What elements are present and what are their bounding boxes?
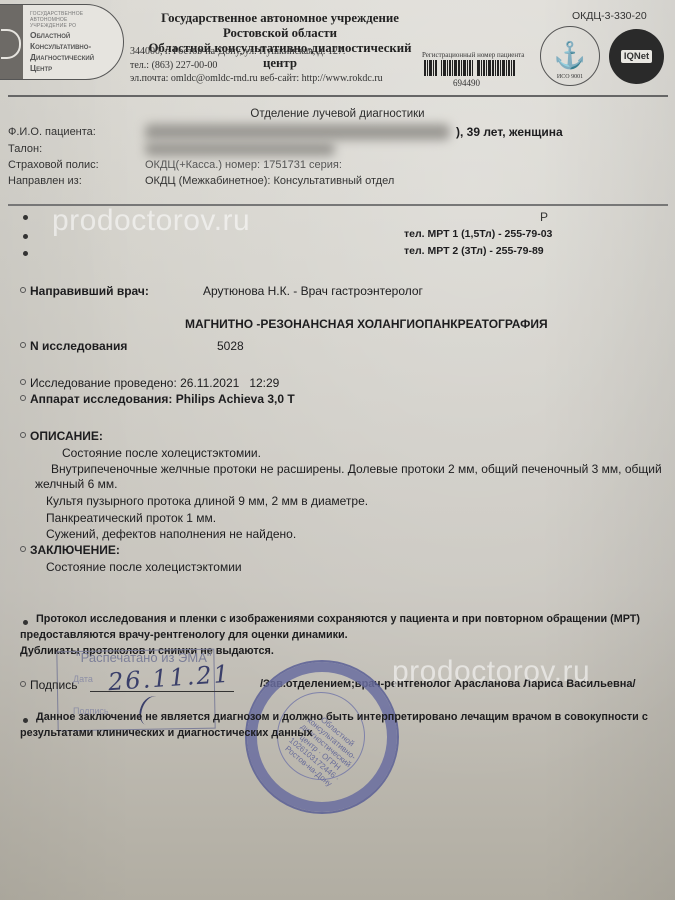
study-performed-time: 12:29 bbox=[249, 376, 279, 390]
org-title-line1: Государственное автономное учреждение Ро… bbox=[130, 11, 430, 41]
hand-icon bbox=[0, 5, 23, 79]
disclaimer-line1: Данное заключение не является диагнозом … bbox=[36, 711, 648, 723]
iso-seal-icon: ⚓ИСО 9001 bbox=[540, 26, 600, 86]
referred-from-label: Направлен из: bbox=[8, 175, 82, 187]
referred-from-value: ОКДЦ (Межкабинетное): Консультативный от… bbox=[145, 175, 394, 187]
iqnet-certified-icon: IQNet bbox=[609, 29, 664, 84]
org-contacts: 344000, г. Ростов-на-Дону, ул. Пушкинска… bbox=[130, 45, 383, 86]
disclaimer-line2: результатами клинических и диагностическ… bbox=[20, 727, 313, 739]
signature-label: Подпись bbox=[20, 678, 78, 692]
description-line: желчный 6 мм. bbox=[35, 477, 117, 491]
policy-label: Страховой полис: bbox=[8, 159, 99, 171]
description-heading: ОПИСАНИЕ: bbox=[20, 429, 103, 443]
description-line: Состояние после холецистэктомии. bbox=[62, 446, 261, 460]
signature-label-text: Подпись bbox=[30, 678, 78, 692]
logo-small-text: УЧРЕЖДЕНИЕ РО bbox=[30, 23, 76, 29]
study-performed-date: 26.11.2021 bbox=[180, 376, 239, 390]
description-line: Внутрипеченочные желчные протоки не расш… bbox=[51, 462, 662, 476]
study-device-value: Philips Achieva 3,0 T bbox=[176, 392, 295, 406]
protocol-note-line1: Протокол исследования и пленки с изображ… bbox=[36, 613, 640, 625]
circle-bullet-icon bbox=[20, 432, 26, 438]
policy-value: ОКДЦ(+Касса.) номер: 1751731 серия: bbox=[145, 159, 342, 171]
circle-bullet-icon bbox=[20, 546, 26, 552]
bullet bbox=[23, 251, 28, 256]
mrt2-phone: тел. МРТ 2 (3Тл) - 255-79-89 bbox=[404, 245, 544, 257]
protocol-note-line2: предоставляются врачу-рентгенологу для о… bbox=[20, 629, 348, 641]
logo-big-text: Диагностический bbox=[30, 52, 94, 63]
logo-big-text: Консультативно- bbox=[30, 41, 91, 52]
circle-bullet-icon bbox=[20, 379, 26, 385]
contacts-letter: Р bbox=[540, 210, 548, 224]
form-code: ОКДЦ-3-330-20 bbox=[572, 10, 647, 22]
mrt1-phone: тел. МРТ 1 (1,5Тл) - 255-79-03 bbox=[404, 228, 552, 240]
study-performed: Исследование проведено: 26.11.2021 12:29 bbox=[20, 376, 279, 390]
study-title: МАГНИТНО -РЕЗОНАНСНАЯ ХОЛАНГИОПАНКРЕАТОГ… bbox=[185, 317, 548, 331]
org-email-web: эл.почта: omldc@omldc-rnd.ru веб-сайт: h… bbox=[130, 72, 383, 86]
referring-doctor-label-text: Направивший врач: bbox=[30, 284, 149, 298]
redacted-patient-name bbox=[145, 124, 450, 140]
conclusion-heading: ЗАКЛЮЧЕНИЕ: bbox=[20, 543, 120, 557]
watermark: prodoctorov.ru bbox=[52, 204, 250, 238]
description-label: ОПИСАНИЕ: bbox=[30, 429, 103, 443]
study-number-label: N исследования bbox=[20, 339, 127, 353]
org-address: 344000, г. Ростов-на-Дону, ул. Пушкинска… bbox=[130, 45, 383, 59]
study-number-value: 5028 bbox=[217, 339, 244, 353]
barcode bbox=[424, 60, 534, 76]
signature-line bbox=[90, 691, 234, 692]
watermark: prodoctorov.ru bbox=[392, 655, 590, 689]
circle-bullet-icon bbox=[20, 681, 26, 687]
study-performed-label: Исследование проведено: bbox=[30, 376, 177, 390]
patient-name-label: Ф.И.О. пациента: bbox=[8, 126, 96, 138]
org-logo: ГОСУДАРСТВЕННОЕ АВТОНОМНОЕ УЧРЕЖДЕНИЕ РО… bbox=[0, 4, 124, 80]
bullet bbox=[23, 215, 28, 220]
study-device: Аппарат исследования: Philips Achieva 3,… bbox=[20, 392, 295, 406]
logo-big-text: Центр bbox=[30, 63, 52, 74]
bullet bbox=[23, 234, 28, 239]
conclusion-label: ЗАКЛЮЧЕНИЕ: bbox=[30, 543, 120, 557]
referring-doctor-label: Направивший врач: bbox=[20, 284, 149, 298]
iso-seal-text: ИСО 9001 bbox=[557, 74, 583, 80]
bullet bbox=[23, 718, 28, 723]
registration-number: 694490 bbox=[453, 78, 480, 88]
patient-age-gender: ), 39 лет, женщина bbox=[456, 125, 563, 139]
conclusion-text: Состояние после холецистэктомии bbox=[46, 560, 242, 574]
description-line: Культя пузырного протока длиной 9 мм, 2 … bbox=[46, 494, 368, 508]
org-phone: тел.: (863) 227-00-00 bbox=[130, 59, 383, 73]
iqnet-label: IQNet bbox=[621, 50, 652, 63]
registration-label: Регистрационный номер пациента bbox=[422, 51, 524, 59]
header-divider bbox=[8, 95, 668, 97]
circle-bullet-icon bbox=[20, 342, 26, 348]
logo-big-text: Областной bbox=[30, 30, 70, 41]
circle-bullet-icon bbox=[20, 395, 26, 401]
study-device-label: Аппарат исследования: bbox=[30, 392, 172, 406]
circle-bullet-icon bbox=[20, 287, 26, 293]
study-number-label-text: N исследования bbox=[30, 339, 127, 353]
referring-doctor-value: Арутюнова Н.К. - Врач гастроэнтеролог bbox=[203, 284, 423, 298]
redacted-talon bbox=[145, 142, 335, 156]
description-line: Панкреатический проток 1 мм. bbox=[46, 511, 216, 525]
description-line: Сужений, дефектов наполнения не найдено. bbox=[46, 527, 296, 541]
document-page: ГОСУДАРСТВЕННОЕ АВТОНОМНОЕ УЧРЕЖДЕНИЕ РО… bbox=[0, 0, 675, 900]
department-title: Отделение лучевой диагностики bbox=[0, 108, 675, 120]
talon-label: Талон: bbox=[8, 143, 42, 155]
bullet bbox=[23, 620, 28, 625]
